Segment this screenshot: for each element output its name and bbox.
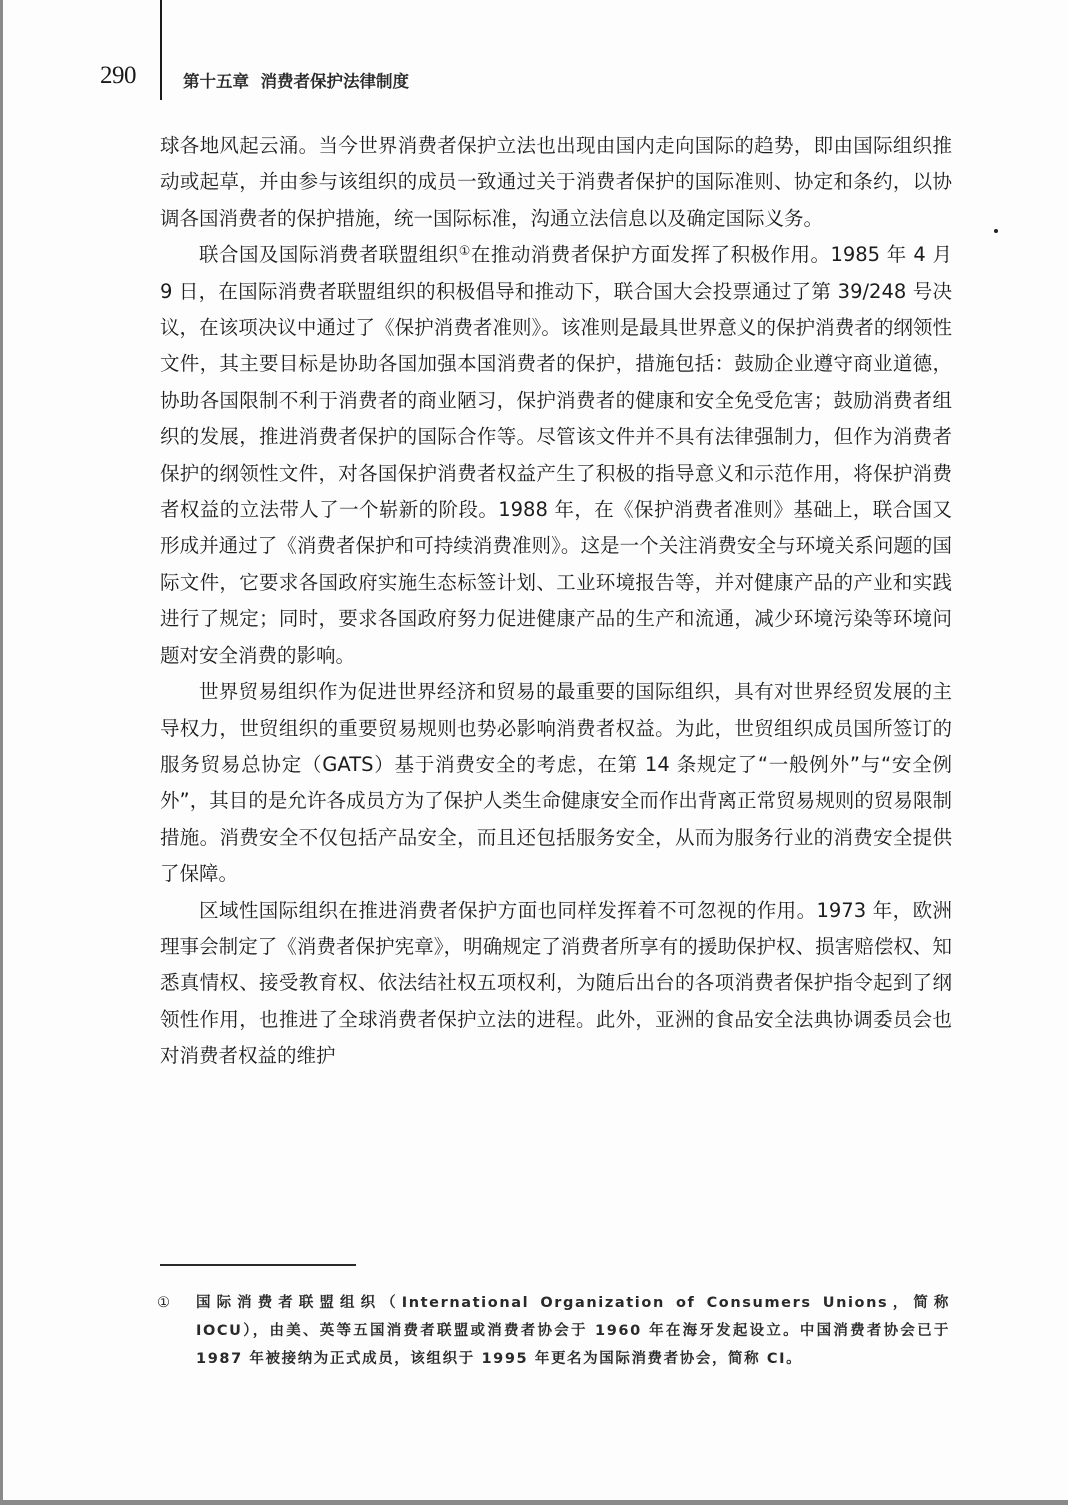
paragraph-4: 区域性国际组织在推进消费者保护方面也同样发挥着不可忽视的作用。1973 年，欧洲… — [160, 893, 952, 1075]
footnote-mark: ① — [157, 1289, 170, 1317]
paragraph-2-lead: 联合国及国际消费者联盟组织 — [199, 243, 459, 266]
scan-speck — [994, 229, 998, 233]
book-page: 290 第十五章 消费者保护法律制度 球各地风起云涌。当今世界消费者保护立法也出… — [3, 0, 1068, 1500]
header-vertical-rule — [160, 0, 162, 100]
footnote-divider — [160, 1264, 356, 1266]
footnote-reference[interactable]: ① — [459, 244, 471, 259]
page-number: 290 — [100, 62, 136, 90]
paragraph-3: 世界贸易组织作为促进世界经济和贸易的最重要的国际组织，具有对世界经贸发展的主导权… — [160, 674, 952, 892]
chapter-label: 第十五章 — [183, 72, 249, 91]
running-head: 第十五章 消费者保护法律制度 — [183, 68, 409, 92]
footnote-1: ① 国际消费者联盟组织（International Organization o… — [160, 1289, 950, 1373]
chapter-title: 消费者保护法律制度 — [261, 72, 410, 91]
footnote-text: 国际消费者联盟组织（International Organization of … — [196, 1289, 950, 1373]
paragraph-2: 联合国及国际消费者联盟组织①在推动消费者保护方面发挥了积极作用。1985 年 4… — [160, 237, 952, 674]
paragraph-2-rest: 在推动消费者保护方面发挥了积极作用。1985 年 4 月 9 日，在国际消费者联… — [160, 243, 952, 666]
viewer-bottom-edge — [0, 1500, 1068, 1505]
body-text: 球各地风起云涌。当今世界消费者保护立法也出现由国内走向国际的趋势，即由国际组织推… — [160, 128, 952, 1075]
paragraph-1: 球各地风起云涌。当今世界消费者保护立法也出现由国内走向国际的趋势，即由国际组织推… — [160, 128, 952, 237]
